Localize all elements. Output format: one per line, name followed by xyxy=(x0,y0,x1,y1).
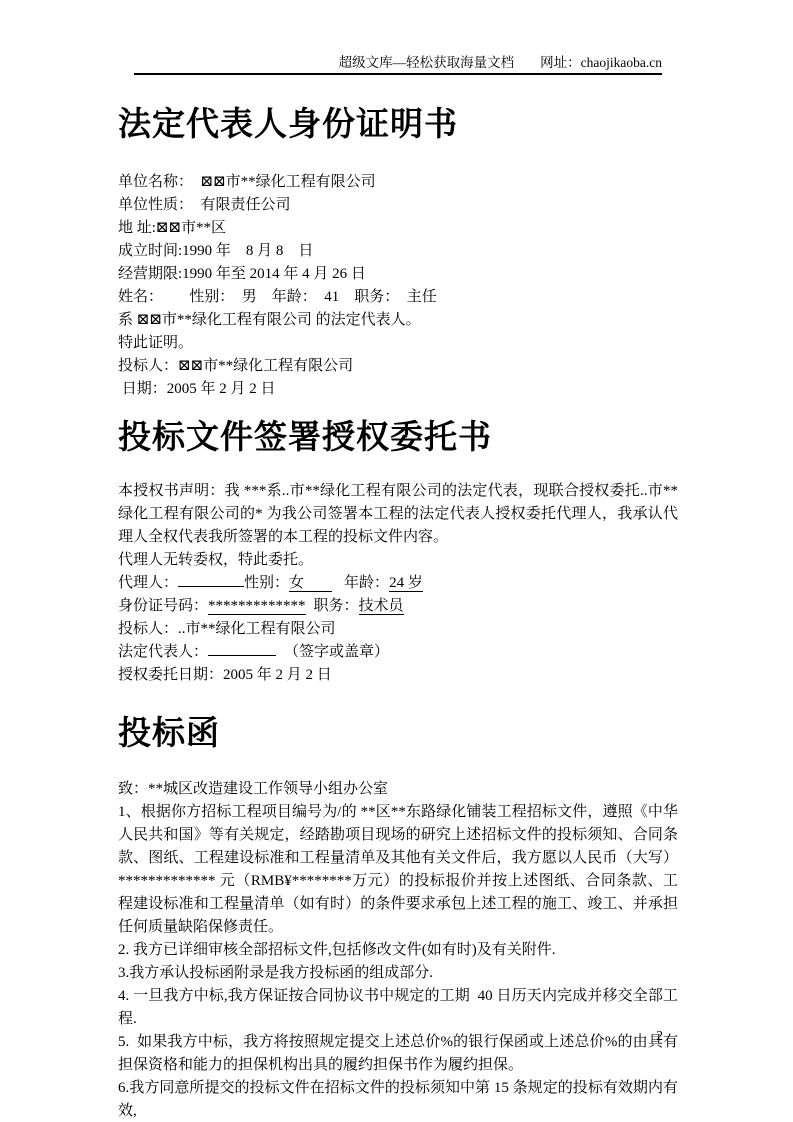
cert-line-hereby: 特此证明。 xyxy=(118,332,678,355)
rep-signature-blank xyxy=(208,641,276,656)
letter-item-2: 2. 我方已详细审核全部招标文件,包括修改文件(如有时)及有关附件. xyxy=(118,939,678,962)
header-site-text: 超级文库—轻松获取海量文档 xyxy=(339,55,515,70)
age-value: 24 岁 xyxy=(389,575,423,592)
document-body: 法定代表人身份证明书 单位名称： ⊠⊠市**绿化工程有限公司 单位性质： 有限责… xyxy=(118,90,678,1122)
cert-line-address: 地 址:⊠⊠市**区 xyxy=(118,217,678,240)
cert-line-company-name: 单位名称： ⊠⊠市**绿化工程有限公司 xyxy=(118,171,678,194)
authorization-id-line: 身份证号码：*************职务：技术员 xyxy=(118,595,678,618)
header-divider xyxy=(134,73,662,75)
duty-label: 职务： xyxy=(314,598,359,614)
page-number: 2 xyxy=(656,1028,663,1044)
cert-line-date: 日期：2005 年 2 月 2 日 xyxy=(118,378,678,401)
letter-title: 投标函 xyxy=(118,715,678,754)
age-label: 年龄： xyxy=(344,575,389,591)
agent-name-blank xyxy=(178,572,244,587)
authorization-no-delegation: 代理人无转委权，特此委托。 xyxy=(118,549,678,572)
agent-label: 代理人： xyxy=(118,575,178,591)
cert-line-founded-date: 成立时间:1990 年 8 月 8 日 xyxy=(118,240,678,263)
authorization-statement: 本授权书声明：我 ***系..市**绿化工程有限公司的法定代表，现联合授权委托.… xyxy=(118,480,678,549)
id-label: 身份证号码： xyxy=(118,598,208,614)
sex-label: 性别： xyxy=(244,575,289,591)
page-header: 超级文库—轻松获取海量文档网址：chaojikaoba.cn xyxy=(339,51,662,71)
authorization-agent-line: 代理人：性别：女年龄：24 岁 xyxy=(118,572,678,595)
cert-line-is-rep: 系 ⊠⊠市**绿化工程有限公司 的法定代表人。 xyxy=(118,309,678,332)
cert-line-company-type: 单位性质： 有限责任公司 xyxy=(118,194,678,217)
header-url-label: 网址： xyxy=(540,55,581,70)
authorization-title: 投标文件签署授权委托书 xyxy=(118,419,678,458)
sex-value: 女 xyxy=(289,575,332,592)
letter-item-4: 4. 一旦我方中标,我方保证按合同协议书中规定的工期 40 日历天内完成并移交全… xyxy=(118,985,678,1031)
duty-value: 技术员 xyxy=(359,598,404,615)
letter-section: 致：**城区改造建设工作领导小组办公室 1、根据你方招标工程项目编号为/的 **… xyxy=(118,778,678,1122)
authorization-rep-line: 法定代表人：（签字或盖章） xyxy=(118,641,678,664)
letter-item-3: 3.我方承认投标函附录是我方投标函的组成部分. xyxy=(118,962,678,985)
cert-line-bidder: 投标人：⊠⊠市**绿化工程有限公司 xyxy=(118,355,678,378)
cert-line-person-info: 姓名： 性别： 男 年龄： 41 职务： 主任 xyxy=(118,286,678,309)
cert-line-business-term: 经营期限:1990 年至 2014 年 4 月 26 日 xyxy=(118,263,678,286)
document-page: 超级文库—轻松获取海量文档网址：chaojikaoba.cn 法定代表人身份证明… xyxy=(0,0,793,1122)
rep-suffix: （签字或盖章） xyxy=(284,644,389,660)
id-value: ************* xyxy=(208,598,306,615)
letter-item-6: 6.我方同意所提交的投标文件在招标文件的投标须知中第 15 条规定的投标有效期内… xyxy=(118,1077,678,1122)
header-url: chaojikaoba.cn xyxy=(581,55,662,70)
cert-section: 单位名称： ⊠⊠市**绿化工程有限公司 单位性质： 有限责任公司 地 址:⊠⊠市… xyxy=(118,171,678,401)
letter-item-5: 5. 如果我方中标，我方将按照规定提交上述总价%的银行保函或上述总价%的由具有担… xyxy=(118,1031,678,1077)
letter-to-line: 致：**城区改造建设工作领导小组办公室 xyxy=(118,778,678,801)
authorization-section: 本授权书声明：我 ***系..市**绿化工程有限公司的法定代表，现联合授权委托.… xyxy=(118,480,678,687)
letter-item-1: 1、根据你方招标工程项目编号为/的 **区**东路绿化铺装工程招标文件，遵照《中… xyxy=(118,801,678,939)
rep-label: 法定代表人： xyxy=(118,644,208,660)
cert-title: 法定代表人身份证明书 xyxy=(118,106,678,145)
authorization-date-line: 授权委托日期：2005 年 2 月 2 日 xyxy=(118,664,678,687)
authorization-bidder-line: 投标人：..市**绿化工程有限公司 xyxy=(118,618,678,641)
